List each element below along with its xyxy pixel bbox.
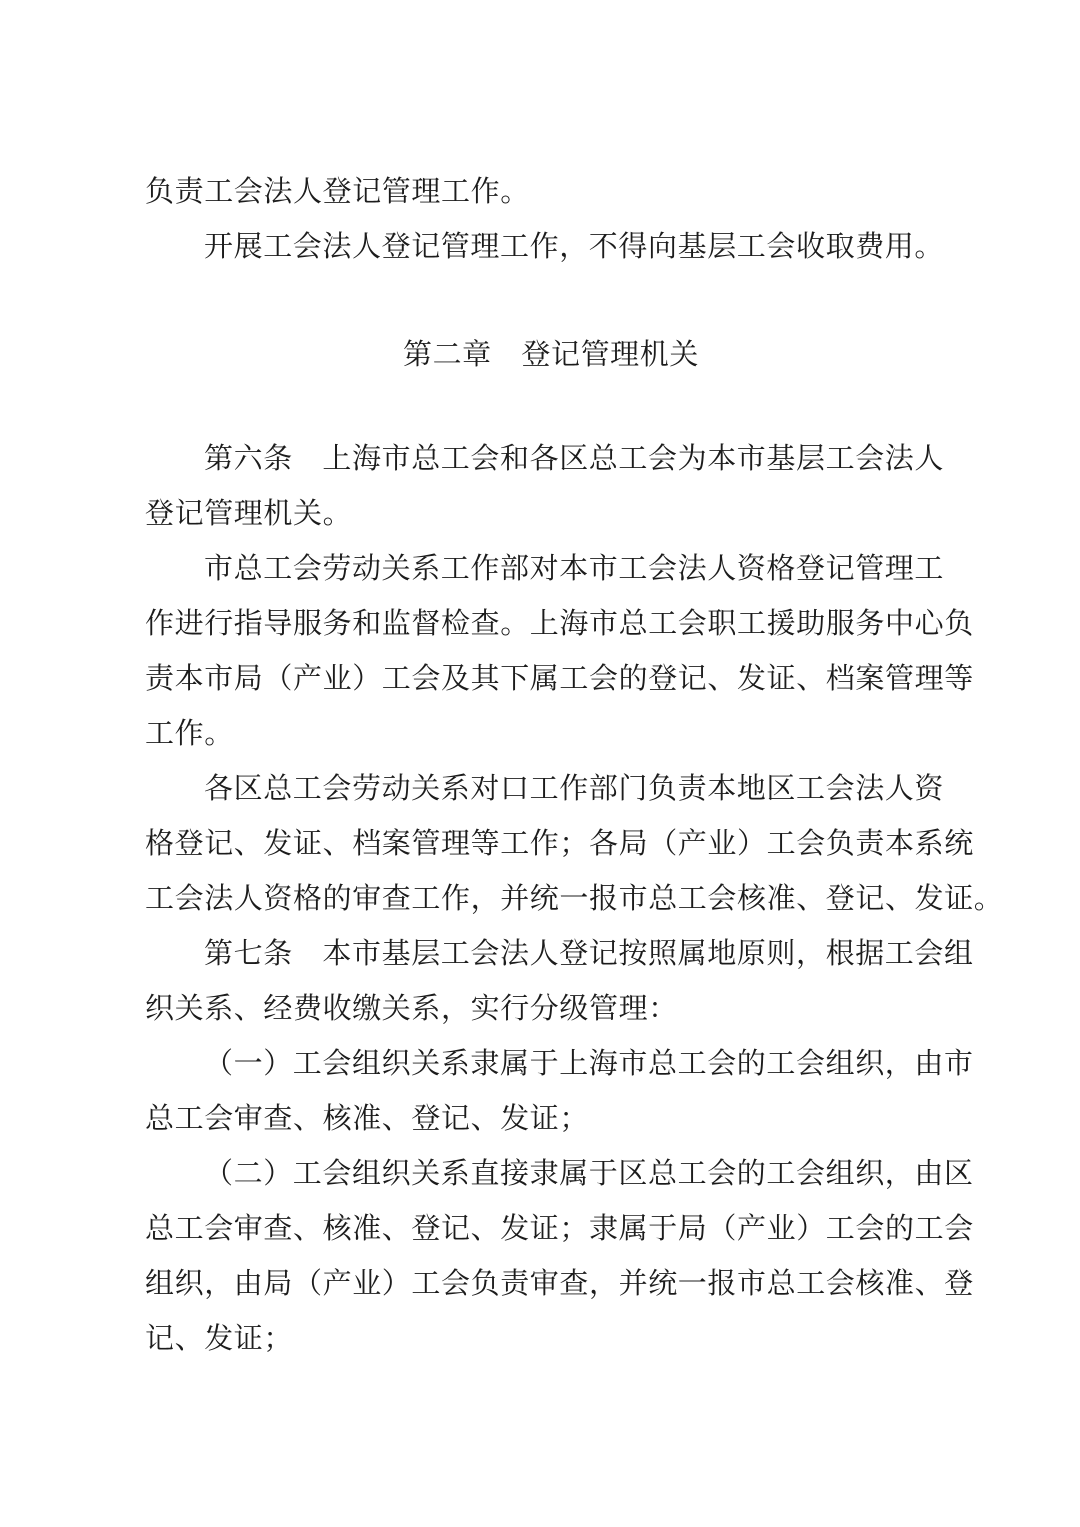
text-line: 织关系、经费收缴关系，实行分级管理： [145, 982, 957, 1037]
text-line: 格登记、发证、档案管理等工作；各局（产业）工会负责本系统 [145, 817, 957, 872]
text-line: 工会法人资格的审查工作，并统一报市总工会核准、登记、发证。 [145, 872, 957, 927]
text-line: 总工会审查、核准、登记、发证； [145, 1092, 957, 1147]
text-line: 负责工会法人登记管理工作。 [145, 165, 957, 220]
text-line: 开展工会法人登记管理工作，不得向基层工会收取费用。 [145, 220, 957, 275]
document-body: 负责工会法人登记管理工作。开展工会法人登记管理工作，不得向基层工会收取费用。第二… [145, 165, 957, 1367]
text-line: 市总工会劳动关系工作部对本市工会法人资格登记管理工 [145, 542, 957, 597]
text-line: 责本市局（产业）工会及其下属工会的登记、发证、档案管理等 [145, 652, 957, 707]
text-line: 记、发证； [145, 1312, 957, 1367]
text-line: 工作。 [145, 707, 957, 762]
text-line: 各区总工会劳动关系对口工作部门负责本地区工会法人资 [145, 762, 957, 817]
text-line: 第六条 上海市总工会和各区总工会为本市基层工会法人 [145, 432, 957, 487]
text-line: 登记管理机关。 [145, 487, 957, 542]
text-line: 组织，由局（产业）工会负责审查，并统一报市总工会核准、登 [145, 1257, 957, 1312]
document-lines: 负责工会法人登记管理工作。开展工会法人登记管理工作，不得向基层工会收取费用。第二… [145, 165, 957, 1367]
chapter-heading: 第二章 登记管理机关 [145, 328, 957, 383]
text-line: （二）工会组织关系直接隶属于区总工会的工会组织，由区 [145, 1147, 957, 1202]
text-line: （一）工会组织关系隶属于上海市总工会的工会组织，由市 [145, 1037, 957, 1092]
text-line: 总工会审查、核准、登记、发证；隶属于局（产业）工会的工会 [145, 1202, 957, 1257]
document-page: 负责工会法人登记管理工作。开展工会法人登记管理工作，不得向基层工会收取费用。第二… [0, 0, 1080, 1527]
text-line: 第七条 本市基层工会法人登记按照属地原则，根据工会组 [145, 927, 957, 982]
text-line: 作进行指导服务和监督检查。上海市总工会职工援助服务中心负 [145, 597, 957, 652]
